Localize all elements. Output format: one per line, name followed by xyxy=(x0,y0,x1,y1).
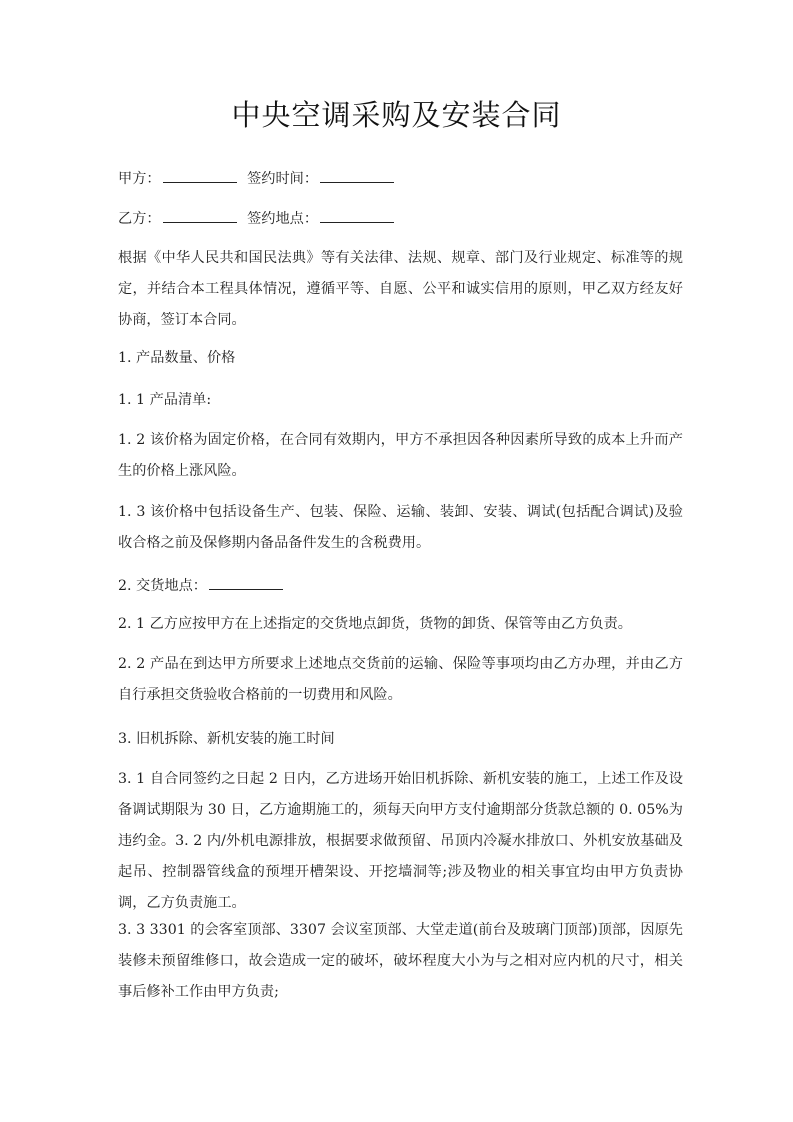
sign-place-label: 签约地点： xyxy=(247,211,318,227)
section-3-3: 3. 3 3301 的会客室顶部、3307 会议室顶部、大堂走道(前台及玻璃门顶… xyxy=(118,915,683,1008)
document-page: 中央空调采购及安装合同 甲方： 签约时间： 乙方： 签约地点： 根据《中华人民共… xyxy=(0,0,793,1122)
party-a-row: 甲方： 签约时间： xyxy=(118,168,683,189)
sign-time-label: 签约时间： xyxy=(247,171,318,187)
section-2-2: 2. 2 产品在到达甲方所要求上述地点交货前的运输、保险等事项均由乙方办理，并由… xyxy=(118,649,683,711)
document-title: 中央空调采购及安装合同 xyxy=(0,95,793,135)
party-b-label: 乙方： xyxy=(118,211,161,227)
section-1-3: 1. 3 该价格中包括设备生产、包装、保险、运输、装卸、安装、调试(包括配合调试… xyxy=(118,497,683,559)
section-2-heading: 2. 交货地点： xyxy=(118,575,683,596)
party-a-blank[interactable] xyxy=(163,168,237,183)
section-1-heading: 1. 产品数量、价格 xyxy=(118,348,683,368)
delivery-place-label: 2. 交货地点： xyxy=(118,578,207,594)
section-3-1-3-2: 3. 1 自合同签约之日起 2 日内，乙方进场开始旧机拆除、新机安装的施工，上述… xyxy=(118,764,683,919)
intro-paragraph: 根据《中华人民共和国民法典》等有关法律、法规、规章、部门及行业规定、标准等的规定… xyxy=(118,243,683,336)
section-2-1: 2. 1 乙方应按甲方在上述指定的交货地点卸货，货物的卸货、保管等由乙方负责。 xyxy=(118,614,683,634)
sign-time-blank[interactable] xyxy=(320,168,394,183)
section-3-heading: 3. 旧机拆除、新机安装的施工时间 xyxy=(118,729,683,749)
party-b-blank[interactable] xyxy=(163,208,237,223)
sign-place-blank[interactable] xyxy=(320,208,394,223)
section-1-1: 1. 1 产品清单: xyxy=(118,390,683,410)
party-a-label: 甲方： xyxy=(118,171,161,187)
delivery-place-blank[interactable] xyxy=(209,575,283,590)
party-b-row: 乙方： 签约地点： xyxy=(118,208,683,229)
section-1-2: 1. 2 该价格为固定价格，在合同有效期内，甲方不承担因各种因素所导致的成本上升… xyxy=(118,425,683,487)
